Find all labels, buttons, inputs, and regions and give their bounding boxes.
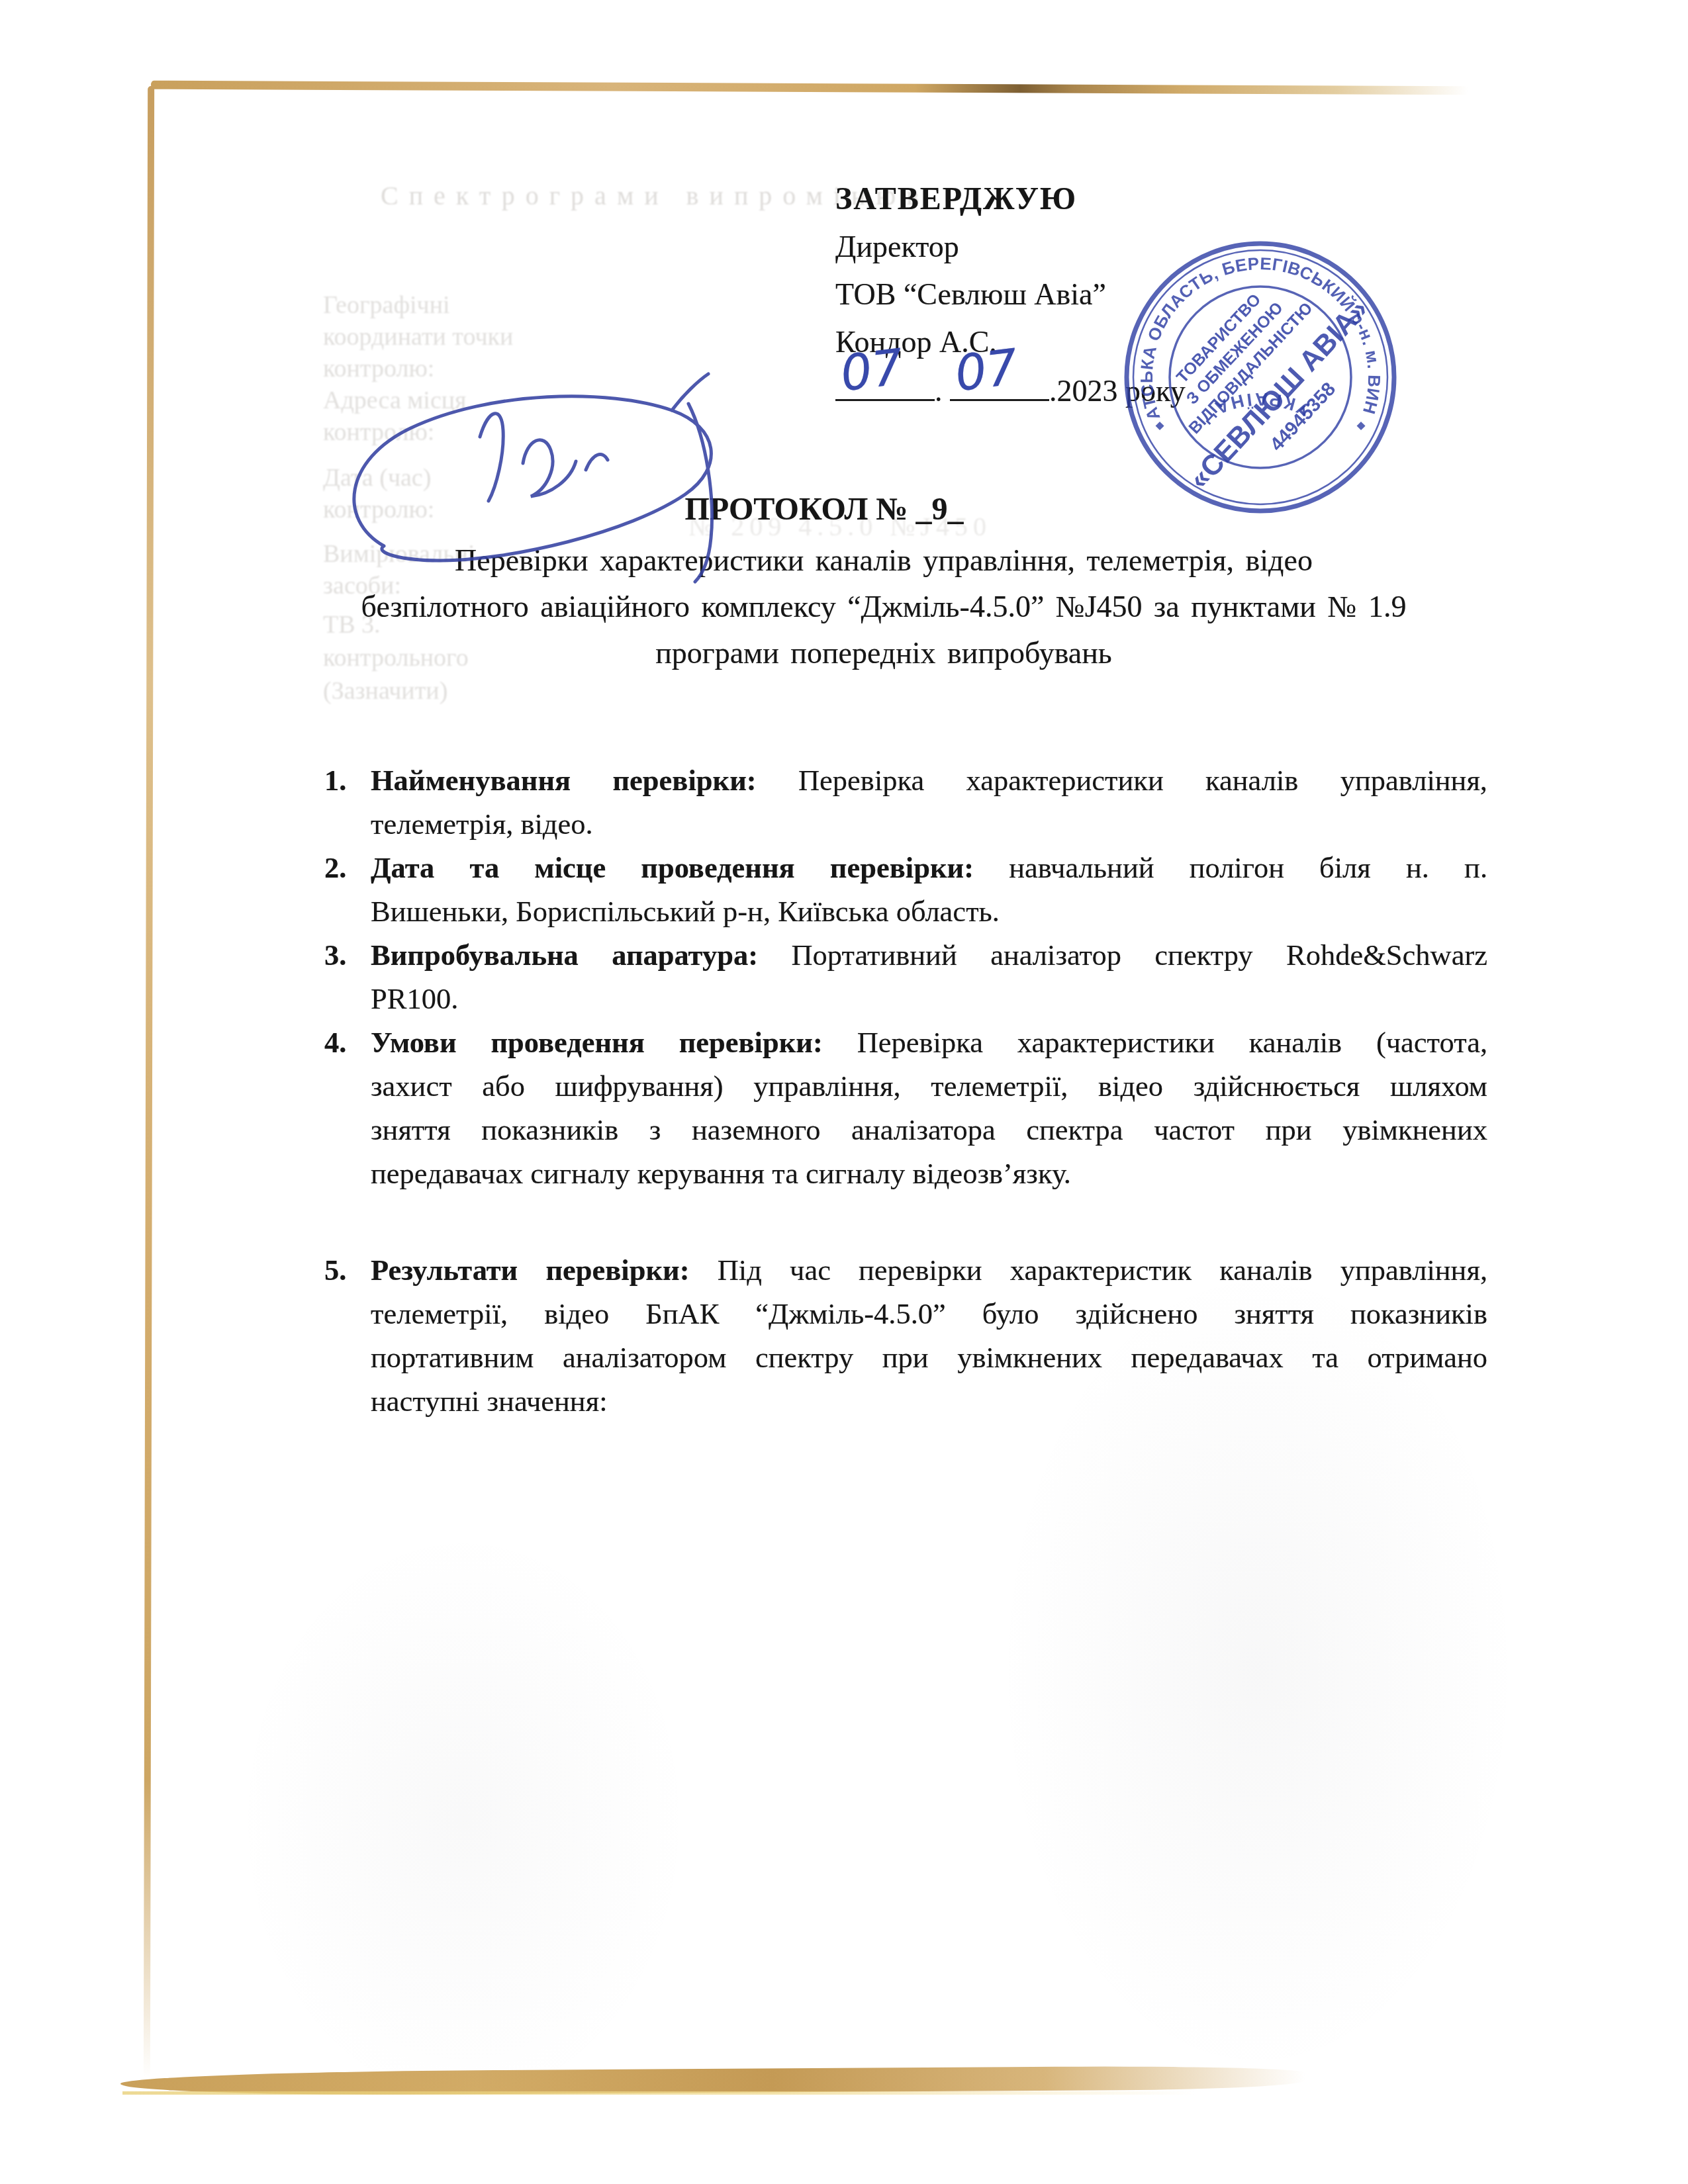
item-line: портативним аналізатором спектру при уві… bbox=[371, 1336, 1487, 1379]
date-month-blank: 07 bbox=[950, 366, 1049, 401]
bleedthrough-line: (Зазначити) bbox=[323, 676, 447, 705]
bleedthrough-line: Географічні bbox=[323, 291, 450, 320]
approval-heading: ЗАТВЕРДЖУЮ bbox=[835, 175, 1186, 223]
item-label: Найменування перевірки: bbox=[371, 764, 757, 797]
item-text: Перевірка характеристики каналів управлі… bbox=[798, 764, 1487, 797]
handwritten-month: 07 bbox=[953, 343, 1020, 399]
item-line: передавачах сигналу керування та сигналу… bbox=[371, 1152, 1487, 1195]
item-line: захист або шифрування) управління, телем… bbox=[371, 1064, 1487, 1108]
paper-edge-left bbox=[144, 86, 154, 2078]
item-label: Дата та місце проведення перевірки: bbox=[371, 851, 974, 884]
item-text: Вишеньки, Бориспільський р-н, Київська о… bbox=[371, 895, 1000, 928]
item-label: Випробувальна апаратура: bbox=[371, 938, 758, 972]
date-day-blank: 07 bbox=[835, 366, 935, 401]
stamp-separator-icon: ◆ bbox=[1155, 419, 1164, 432]
subtitle-line-2: безпілотного авіаційного комплексу “Джмі… bbox=[361, 589, 1407, 624]
item-label: Результати перевірки: bbox=[371, 1253, 690, 1287]
item-line: зняття показників з наземного аналізатор… bbox=[371, 1108, 1487, 1152]
item-text: навчальний полігон біля н. п. bbox=[1009, 851, 1487, 884]
list-item-2: 2. Дата та місце проведення перевірки: н… bbox=[324, 846, 1487, 933]
signature-ink bbox=[311, 354, 774, 586]
item-line: Випробувальна апаратура: Портативний ана… bbox=[371, 933, 1487, 977]
stamp-separator-icon: ◆ bbox=[1356, 419, 1366, 432]
item-line: телеметрія, відео. bbox=[371, 802, 1487, 846]
item-line: Дата та місце проведення перевірки: навч… bbox=[371, 846, 1487, 889]
list-item-3: 3. Випробувальна апаратура: Портативний … bbox=[324, 933, 1487, 1021]
item-number: 2. bbox=[324, 846, 346, 889]
item-number: 5. bbox=[324, 1248, 346, 1292]
subtitle-line-3: програми попередніх випробувань bbox=[655, 635, 1112, 670]
item-line: телеметрії, відео БпАК “Джміль-4.5.0” бу… bbox=[371, 1292, 1487, 1336]
paper-edge-bottom-highlight bbox=[122, 2091, 1195, 2095]
item-text: телеметрії, відео БпАК “Джміль-4.5.0” бу… bbox=[371, 1297, 1487, 1330]
item-text: передавачах сигналу керування та сигналу… bbox=[371, 1157, 1071, 1190]
item-label: Умови проведення перевірки: bbox=[371, 1026, 823, 1059]
bleedthrough-line: контрольного bbox=[323, 643, 469, 672]
scan-shadow bbox=[232, 1522, 695, 2118]
signature-strokes bbox=[354, 374, 712, 582]
list-item-4: 4. Умови проведення перевірки: Перевірка… bbox=[324, 1021, 1487, 1195]
list-item-5: 5. Результати перевірки: Під час перевір… bbox=[324, 1248, 1487, 1423]
company-stamp: ЗАКАРПАТСЬКА ОБЛАСТЬ, БЕРЕГІВСЬКИЙ р-н. … bbox=[1116, 233, 1405, 522]
item-text: Перевірка характеристики каналів (частот… bbox=[857, 1026, 1487, 1059]
item-line: Умови проведення перевірки: Перевірка ха… bbox=[371, 1021, 1487, 1064]
item-text: зняття показників з наземного аналізатор… bbox=[371, 1113, 1487, 1146]
item-text: Портативний аналізатор спектру Rohde&Sch… bbox=[791, 938, 1487, 972]
item-line: PR100. bbox=[371, 977, 1487, 1021]
paper-edge-bottom bbox=[120, 2066, 1305, 2097]
item-text: захист або шифрування) управління, телем… bbox=[371, 1069, 1487, 1103]
date-separator: . bbox=[935, 374, 943, 408]
scanned-protocol-page: { "document": { "approval": { "heading":… bbox=[0, 0, 1688, 2184]
list-item-1: 1. Найменування перевірки: Перевірка хар… bbox=[324, 758, 1487, 846]
bleedthrough-line: координати точки bbox=[323, 322, 513, 351]
stamp-rings bbox=[1127, 244, 1394, 511]
handwritten-day: 07 bbox=[838, 343, 906, 399]
item-number: 1. bbox=[324, 758, 346, 802]
paper-edge-top bbox=[151, 81, 1468, 95]
item-text: телеметрія, відео. bbox=[371, 807, 593, 841]
item-text: наступні значення: bbox=[371, 1385, 608, 1418]
item-line: Вишеньки, Бориспільський р-н, Київська о… bbox=[371, 889, 1487, 933]
item-line: Результати перевірки: Під час перевірки … bbox=[371, 1248, 1487, 1292]
item-number: 3. bbox=[324, 933, 346, 977]
item-number: 4. bbox=[324, 1021, 346, 1064]
item-text: PR100. bbox=[371, 982, 458, 1015]
item-line: Найменування перевірки: Перевірка характ… bbox=[371, 758, 1487, 802]
paper-sheet: Спектрограми випромінюв № 209 4.5.0 №J45… bbox=[0, 0, 1688, 2184]
item-line: наступні значення: bbox=[371, 1379, 1487, 1423]
item-text: Під час перевірки характеристик каналів … bbox=[718, 1253, 1487, 1287]
protocol-body: 1. Найменування перевірки: Перевірка хар… bbox=[324, 758, 1487, 1423]
item-text: портативним аналізатором спектру при уві… bbox=[371, 1341, 1487, 1374]
